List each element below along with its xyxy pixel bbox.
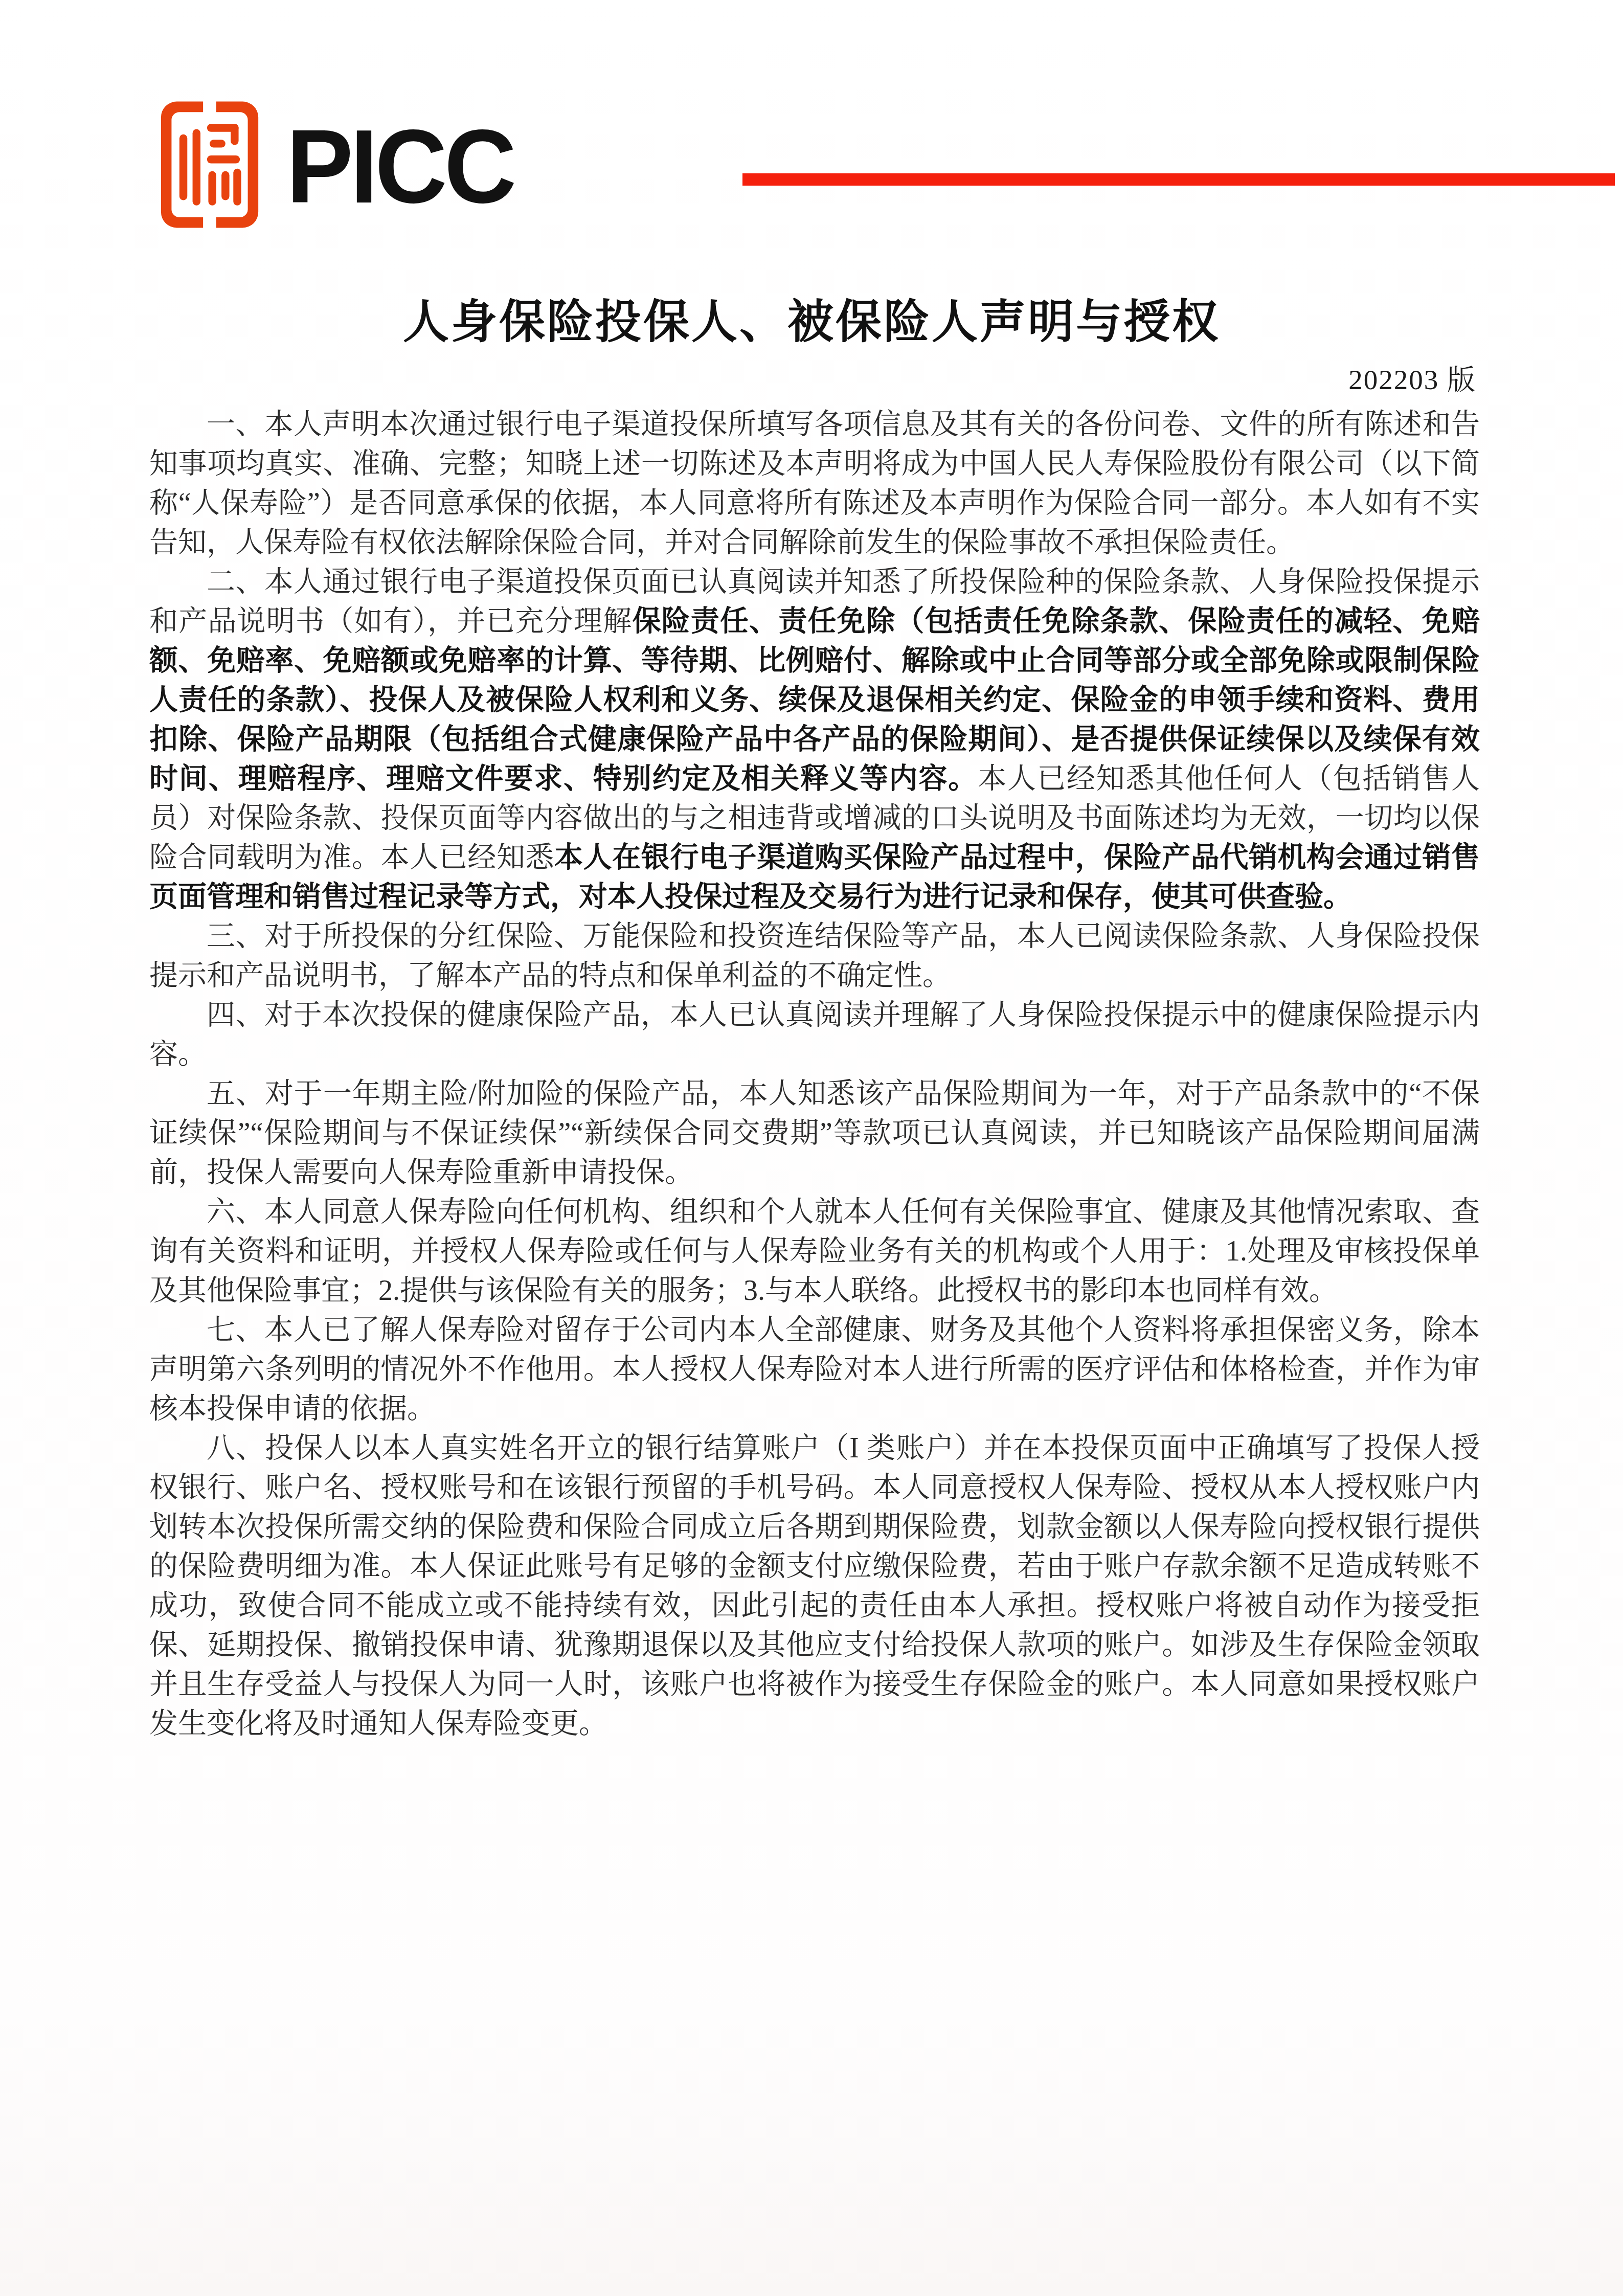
version-label: 202203 版 — [147, 357, 1476, 397]
paragraph-text: 八、投保人以本人真实姓名开立的银行结算账户（I 类账户）并在本投保页面中正确填写… — [149, 1432, 1480, 1740]
document-page: PICC 人身保险投保人、被保险人声明与授权 202203 版 一、本人声明本次… — [0, 0, 1623, 2296]
paragraph-text: 四、对于本次投保的健康保险产品，本人已认真阅读并理解了人身保险投保提示中的健康保… — [149, 999, 1480, 1070]
paragraph-3: 三、对于所投保的分红保险、万能保险和投资连结保险等产品，本人已阅读保险条款、人身… — [149, 917, 1480, 996]
paragraph-8: 八、投保人以本人真实姓名开立的银行结算账户（I 类账户）并在本投保页面中正确填写… — [149, 1429, 1480, 1744]
paragraph-text: 一、本人声明本次通过银行电子渠道投保所填写各项信息及其有关的各份问卷、文件的所有… — [149, 409, 1480, 558]
picc-wordmark: PICC — [286, 100, 513, 233]
header-rule — [742, 173, 1615, 186]
paragraph-text: 五、对于一年期主险/附加险的保险产品，本人知悉该产品保险期间为一年，对于产品条款… — [149, 1078, 1480, 1188]
paragraph-7: 七、本人已了解人保寿险对留存于公司内本人全部健康、财务及其他个人资料将承担保密义… — [149, 1311, 1480, 1429]
paragraph-1: 一、本人声明本次通过银行电子渠道投保所填写各项信息及其有关的各份问卷、文件的所有… — [149, 405, 1480, 562]
paragraph-text: 七、本人已了解人保寿险对留存于公司内本人全部健康、财务及其他个人资料将承担保密义… — [149, 1314, 1480, 1425]
picc-seal-icon — [160, 100, 260, 229]
paragraph-text: 三、对于所投保的分红保险、万能保险和投资连结保险等产品，本人已阅读保险条款、人身… — [149, 920, 1480, 992]
page-title: 人身保险投保人、被保险人声明与授权 — [147, 284, 1476, 351]
paragraph-4: 四、对于本次投保的健康保险产品，本人已认真阅读并理解了人身保险投保提示中的健康保… — [149, 996, 1480, 1074]
paragraph-5: 五、对于一年期主险/附加险的保险产品，本人知悉该产品保险期间为一年，对于产品条款… — [149, 1074, 1480, 1192]
header: PICC — [0, 0, 1623, 286]
paragraph-text: 六、本人同意人保寿险向任何机构、组织和个人就本人任何有关保险事宜、健康及其他情况… — [149, 1196, 1480, 1307]
paragraph-2: 二、本人通过银行电子渠道投保页面已认真阅读并知悉了所投保险种的保险条款、人身保险… — [149, 562, 1480, 917]
declaration-body: 一、本人声明本次通过银行电子渠道投保所填写各项信息及其有关的各份问卷、文件的所有… — [149, 405, 1480, 1744]
paragraph-6: 六、本人同意人保寿险向任何机构、组织和个人就本人任何有关保险事宜、健康及其他情况… — [149, 1192, 1480, 1311]
